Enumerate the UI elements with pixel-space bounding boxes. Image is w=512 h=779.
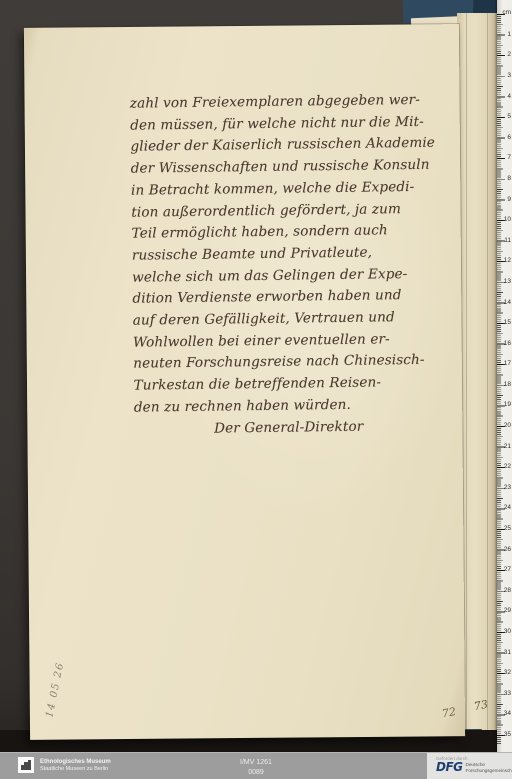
next-page-number: 73 [473,698,489,713]
page-number: 72 [441,705,457,720]
ruler-number: 6 [503,127,511,148]
ruler-number: 26 [503,539,511,560]
ruler-number: 24 [503,498,511,519]
ruler-number: 34 [503,704,511,725]
ruler-number: 20 [503,415,511,436]
smb-museum-logo-icon [18,757,34,773]
page-edge-seam [466,13,467,746]
ruler-number: 13 [503,271,511,292]
shelfmark: I/MV 1261 [156,758,356,768]
dfg-name-line1: Deutsche [466,762,485,767]
ruler-number: 5 [503,106,511,127]
metadata-footer-bar: Ethnologisches Museum Staatliche Museen … [0,752,512,779]
ruler-number: 12 [503,251,511,272]
reference-block: I/MV 1261 0089 [156,758,356,777]
ruler-number: 1 [503,24,511,45]
ruler-scale: cm 1 2 3 4 5 6 7 8 9 10 11 12 13 14 15 1… [503,0,511,765]
ruler-number: 10 [503,209,511,230]
ruler-number: 19 [503,395,511,416]
handwritten-line: neuten Forschungsreise nach Chinesisch- [133,350,438,376]
manuscript-page: zahl von Freiexemplaren abgegeben wer- d… [24,24,465,740]
ruler-unit-label: cm [503,0,511,24]
ruler-number: 35 [503,724,511,745]
ruler-number: 4 [503,86,511,107]
ruler-number: 2 [503,45,511,66]
institution-text: Ethnologisches Museum Staatliche Museen … [40,758,111,773]
ruler-number: 8 [503,168,511,189]
ruler-number: 9 [503,189,511,210]
institution-name: Ethnologisches Museum [40,758,111,766]
dfg-logo: DFG Deutsche Forschungsgemeinschaft [436,761,512,774]
dfg-name-line2: Forschungsgemeinschaft [466,768,512,773]
ruler-number: 22 [503,456,511,477]
measurement-ruler: cm 1 2 3 4 5 6 7 8 9 10 11 12 13 14 15 1… [497,0,512,752]
dfg-full-name: Deutsche Forschungsgemeinschaft [466,762,512,773]
ruler-number: 27 [503,559,511,580]
handwritten-line: tion außerordentlich gefördert, ja zum [131,198,436,224]
ruler-number: 21 [503,436,511,457]
ruler-number: 30 [503,621,511,642]
page-edge-seam [487,13,488,746]
scan-background: 73 zahl von Freiexemplaren abgegeben wer… [0,0,512,752]
institution-subtitle: Staatliche Museen zu Berlin [40,766,111,773]
ruler-number: 3 [503,65,511,86]
ruler-number: 28 [503,580,511,601]
smb-logo-glyph [20,759,32,771]
ruler-number: 17 [503,354,511,375]
funding-block: Gefördert durch DFG Deutsche Forschungsg… [427,753,512,779]
ruler-number: 16 [503,333,511,354]
ruler-number: 23 [503,477,511,498]
archive-scan-viewer: 73 zahl von Freiexemplaren abgegeben wer… [0,0,512,779]
margin-inventory-number: 14 05 26 [44,658,67,719]
ruler-number: 18 [503,374,511,395]
ruler-number: 7 [503,148,511,169]
ruler-number: 31 [503,642,511,663]
handwritten-text-block: zahl von Freiexemplaren abgegeben wer- d… [130,90,440,441]
ruler-number: 14 [503,292,511,313]
ruler-number: 32 [503,662,511,683]
ruler-number: 29 [503,601,511,622]
ruler-number: 11 [503,230,511,251]
handwritten-line: auf deren Gefälligkeit, Vertrauen und [133,307,438,333]
signature-line: Der General-Direktor [214,415,439,440]
institution-block: Ethnologisches Museum Staatliche Museen … [18,757,111,773]
image-number: 0089 [156,768,356,778]
ruler-number: 33 [503,683,511,704]
ruler-number: 25 [503,518,511,539]
dfg-wordmark: DFG [436,761,463,774]
ruler-number: 15 [503,312,511,333]
